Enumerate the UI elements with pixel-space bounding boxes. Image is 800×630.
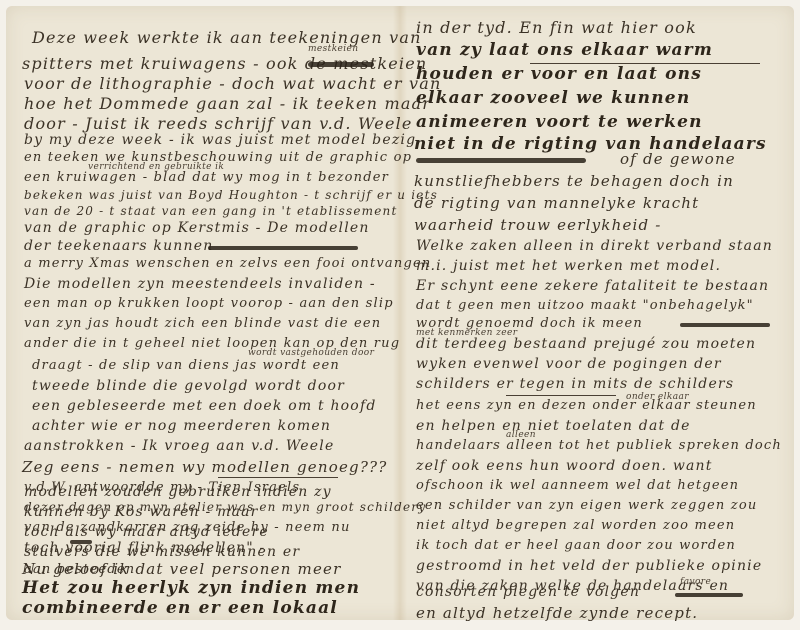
handwritten-line: en helpen en niet toelaten dat de <box>416 418 691 434</box>
handwritten-line: van die zaken welke de handelaars en <box>416 578 729 594</box>
handwritten-line: by my deze week - ik was juist met model… <box>24 132 416 148</box>
handwritten-line: Zeg eens - nemen wy modellen genoeg??? <box>22 458 388 476</box>
handwritten-line: toch voorial flink modellen" - <box>24 540 266 556</box>
underline <box>506 395 616 396</box>
strikethrough <box>416 158 586 163</box>
handwritten-line: draagt - de slip van diens jas wordt een <box>32 358 340 373</box>
handwritten-line: voor de lithographie - doch wat wacht er… <box>24 74 441 93</box>
handwritten-line: kunstliefhebbers te behagen doch in <box>414 172 734 190</box>
handwritten-line: elkaar zooveel we kunnen <box>416 88 690 108</box>
right-page: in der tyd. En fin wat hier ook van zy l… <box>410 14 788 614</box>
handwritten-line: aanstrokken - Ik vroeg aan v.d. Weele <box>24 438 334 454</box>
underline <box>218 477 338 478</box>
handwritten-line: gestroomd in het veld der publieke opini… <box>416 558 762 574</box>
handwritten-line: het eens zyn en dezen onder elkaar steun… <box>416 398 757 413</box>
handwritten-line: een man op krukken loopt voorop - aan de… <box>24 296 394 311</box>
handwritten-line: in der tyd. En fin wat hier ook <box>416 18 697 37</box>
handwritten-line: schilders er tegen in mits de schilders <box>416 376 734 392</box>
handwritten-line: dezer dagen op myn atelier was en myn gr… <box>24 500 426 514</box>
handwritten-line: wyken evenwel voor de pogingen der <box>416 356 722 372</box>
handwritten-line: de rigting van mannelyke kracht <box>414 194 699 212</box>
handwritten-line: m.i. juist met het werken met model. <box>416 258 721 274</box>
handwritten-line: dit terdeeg bestaand prejugé zou moeten <box>416 336 756 352</box>
handwritten-line: a merry Xmas wenschen en zelvs een fooi … <box>24 256 431 271</box>
handwritten-line: of de gewone <box>620 150 736 168</box>
handwritten-line: achter wie er nog meerderen komen <box>32 418 331 434</box>
handwritten-line: van zy laat ons elkaar warm <box>416 40 713 60</box>
handwritten-line: Deze week werkte ik aan teekeningen van <box>32 28 422 47</box>
handwritten-line: een gebleseerde met een doek om t hoofd <box>32 398 377 414</box>
strikethrough <box>308 62 374 67</box>
handwritten-line: dat t geen men uitzoo maakt "onbehagelyk… <box>416 298 754 313</box>
insertion-text: wordt vastgehouden door <box>248 348 374 358</box>
handwritten-line: handelaars alleen tot het publiek spreke… <box>416 438 782 453</box>
handwritten-line: niet altyd begrepen zal worden zoo meen <box>416 518 735 533</box>
strikethrough <box>208 246 358 250</box>
handwritten-line: houden er voor en laat ons <box>416 64 702 84</box>
handwritten-line: Nu geloof ik dat veel personen meer <box>22 560 342 578</box>
handwritten-line: der teekenaars kunnen <box>24 238 213 254</box>
handwritten-line: Welke zaken alleen in direkt verband sta… <box>416 238 773 254</box>
handwritten-line: waarheid trouw eerlykheid - <box>414 216 662 234</box>
handwritten-line: van zyn jas houdt zich een blinde vast d… <box>24 316 381 331</box>
handwritten-line: ik toch dat er heel gaan door zou worden <box>416 538 736 553</box>
handwritten-line: Die modellen zyn meestendeels invaliden … <box>24 276 376 292</box>
strikethrough <box>680 323 770 327</box>
handwritten-line: zelf ook eens hun woord doen. want <box>416 458 713 474</box>
handwritten-line: een schilder van zyn eigen werk zeggen z… <box>416 498 757 513</box>
handwritten-line: door - Juist ik reeds schrijf van v.d. W… <box>24 114 413 133</box>
handwritten-line: v.d.W. antwoordde my - Tien Israels <box>24 480 300 495</box>
handwritten-line: bekeken was juist van Boyd Houghton - t … <box>24 188 438 202</box>
handwritten-line: ofschoon ik wel aanneem wel dat hetgeen <box>416 478 739 493</box>
handwritten-line: tweede blinde die gevolgd wordt door <box>32 378 345 394</box>
handwritten-line: van de 20 - t staat van een gang in 't e… <box>24 204 397 218</box>
handwritten-line: Er schynt eene zekere fataliteit te best… <box>416 278 769 294</box>
left-page: Deze week werkte ik aan teekeningen van … <box>18 14 388 614</box>
handwritten-line: hoe het Dommede gaan zal - ik teeken maa… <box>24 94 431 113</box>
handwritten-line: van de graphic op Kerstmis - De modellen <box>24 220 370 236</box>
handwritten-line: een kruiwagen - blad dat wy mog in t bez… <box>24 170 389 185</box>
handwritten-line: animeeren voort te werken <box>416 112 703 132</box>
insertion-text: mestkeien <box>308 44 358 54</box>
handwritten-line: van de zandkarren zag zeide hy - neem nu <box>24 520 351 535</box>
